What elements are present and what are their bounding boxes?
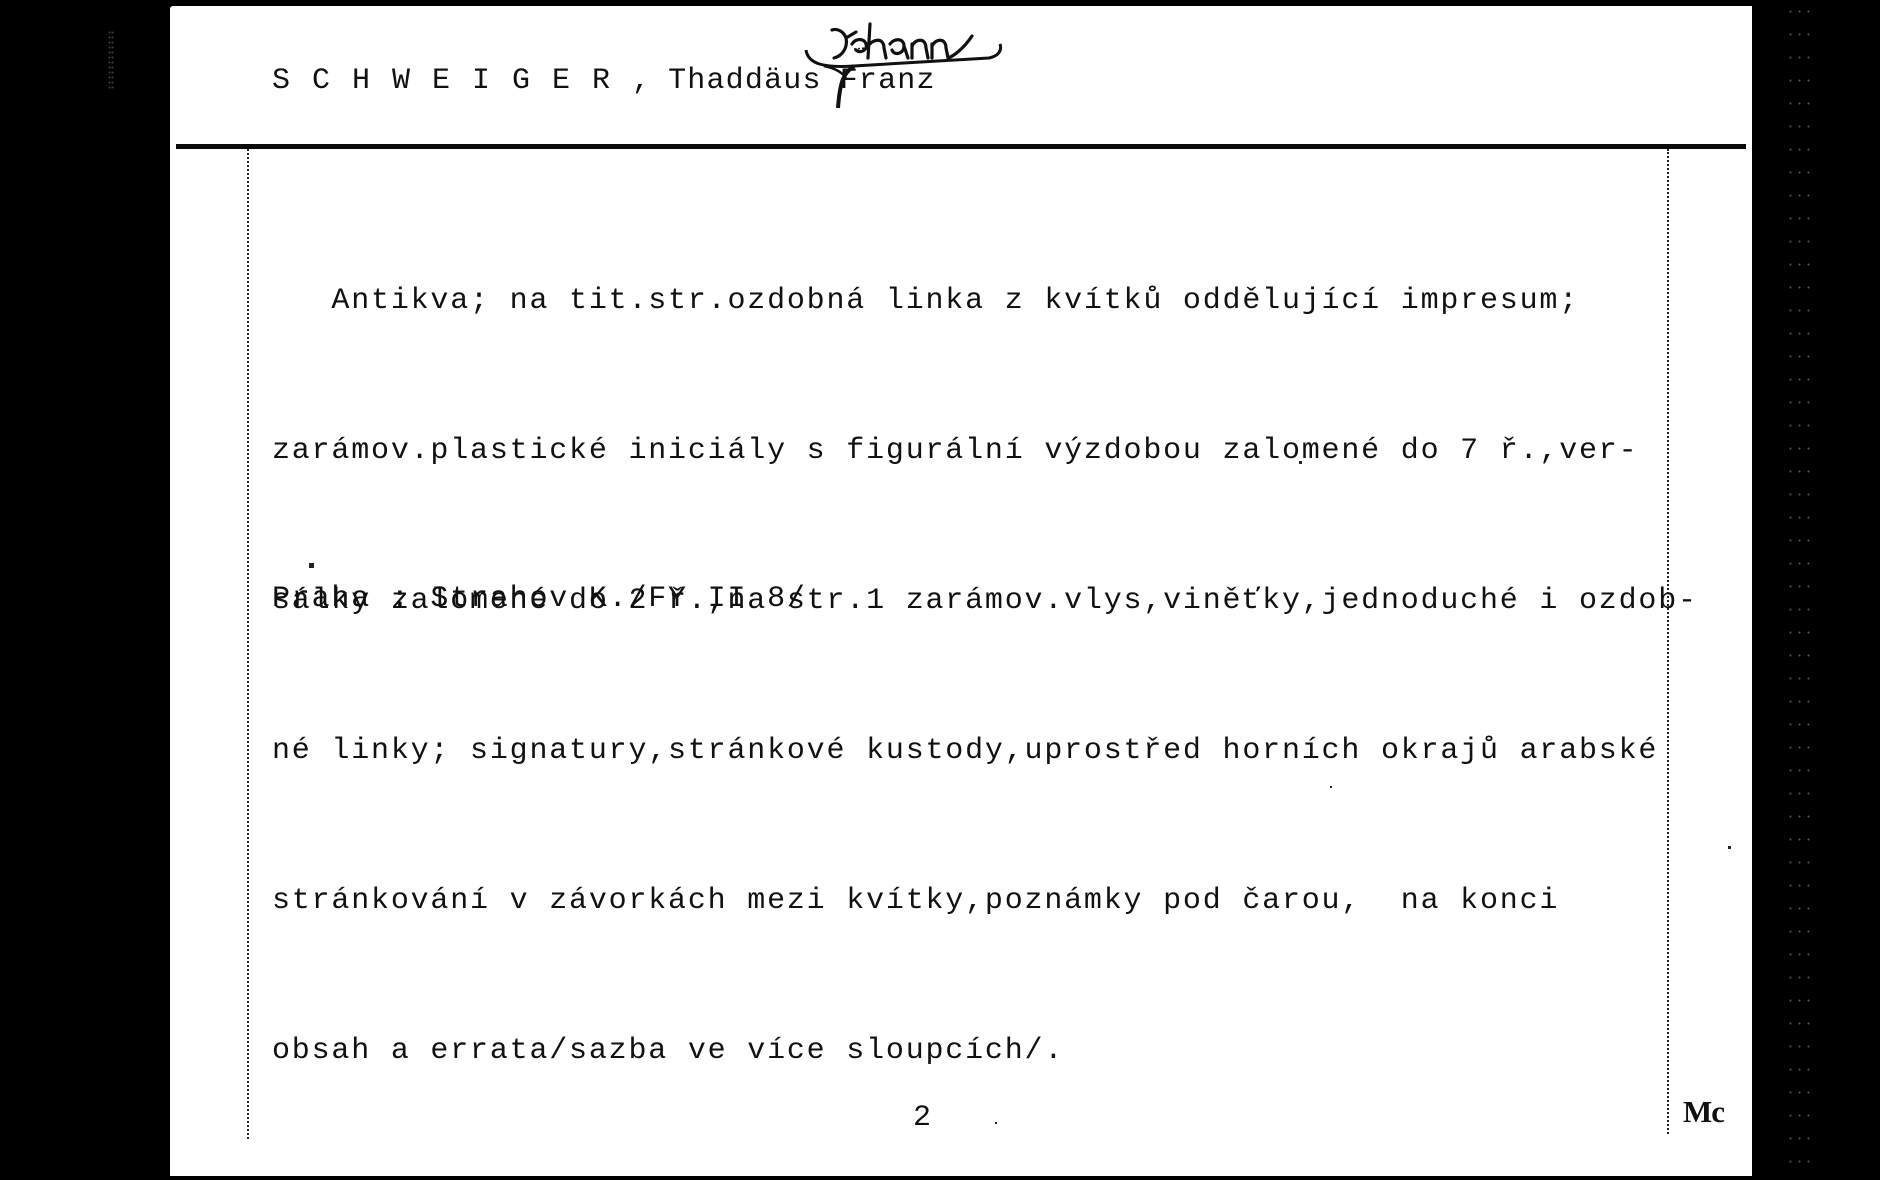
heading-separator: , [632, 64, 650, 98]
card-page-number: 2 [913, 1098, 931, 1138]
left-margin-line [247, 149, 249, 1139]
description-line: stránkování v závorkách mezi kvítky,pozn… [272, 876, 1732, 926]
ink-speck [1728, 846, 1731, 849]
ink-speck [1299, 461, 1302, 464]
scanner-noise-mark [108, 30, 114, 90]
description-line: obsah a errata/sazba ve více sloupcích/. [272, 1026, 1732, 1076]
description-line: Antikva; na tit.str.ozdobná linka z kvít… [272, 276, 1732, 326]
description-line: né linky; signatury,stránkové kustody,up… [272, 726, 1732, 776]
ink-speck [309, 563, 314, 568]
handwritten-insertion [794, 18, 1004, 113]
ink-speck [995, 1122, 997, 1124]
catalog-card: SCHWEIGER, Thaddäus Franz Antikva; na ti… [170, 6, 1752, 1176]
shelfmark-location: Praha : Strahov K./FY II 8/ [272, 579, 807, 619]
cataloguer-initials: Mc [1683, 1092, 1724, 1132]
scanner-noise-strip [1786, 0, 1816, 1180]
ink-speck [1330, 786, 1332, 788]
author-surname: SCHWEIGER [272, 64, 632, 98]
description-text: Antikva; na tit.str.ozdobná linka z kvít… [272, 176, 1732, 1176]
description-line: zarámov.plastické iniciály s figurální v… [272, 426, 1732, 476]
handwritten-johann-icon [794, 18, 1004, 113]
header-rule [176, 144, 1746, 149]
